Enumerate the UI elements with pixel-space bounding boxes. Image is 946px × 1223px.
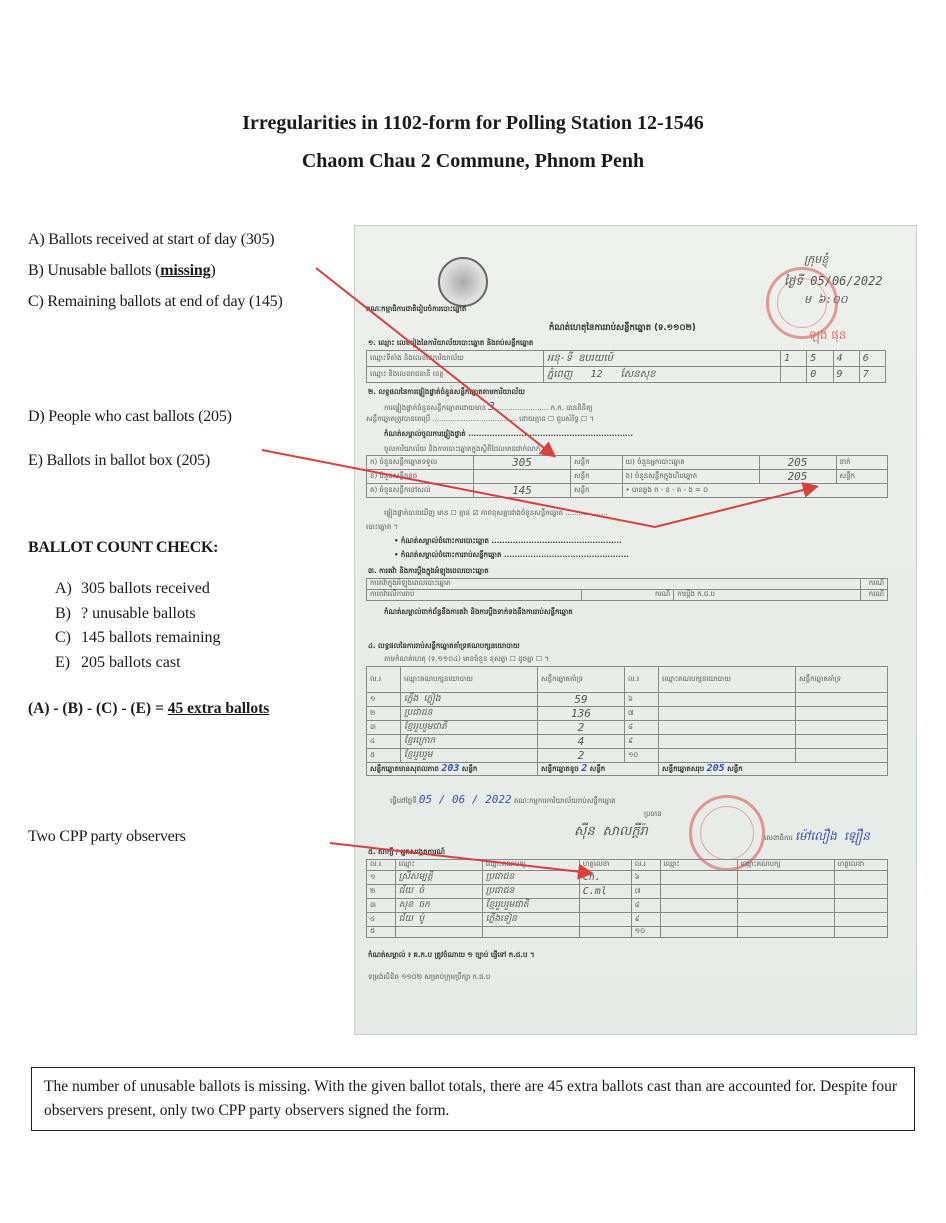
page-subtitle: Chaom Chau 2 Commune, Phnom Penh: [0, 150, 946, 173]
station-id-table: ឈ្មោះទីតាំង និងលេខនៃការិយាល័យ អនុ-ទី ឧបរ…: [366, 350, 886, 383]
form-line: បោះឆ្នោត ។: [366, 523, 398, 533]
scanned-1102-form: ក្រុមខ្ញុំ ថ្ងៃទី 05/06/2022 ម ៦:០០ ឡុង …: [354, 225, 917, 1035]
form-line: កំណត់សម្គាល់ពាក់ព័ន្ធនឹងការតវ៉ា និងការប្…: [384, 608, 573, 618]
form-heading: កំណត់ហេតុនៃការរាប់សន្លឹកឆ្នោត (ទ.១១០២): [549, 323, 696, 335]
label-cpp-observers: Two CPP party observers: [28, 828, 186, 846]
form-footnote: ទម្រង់លិខិត ១១០២ សម្រាប់ក្រុមប្រឹក្សា ក.…: [368, 973, 490, 983]
check-item: C)145 ballots remaining: [55, 629, 221, 654]
page-title: Irregularities in 1102-form for Polling …: [0, 112, 946, 135]
label-b-missing: missing: [160, 262, 210, 279]
label-d-people-cast: D) People who cast ballots (205): [28, 408, 232, 426]
form-section-5: ៥. សាក្សី / អ្នកសង្កេតការណ៍: [368, 848, 445, 858]
handwritten-note: ក្រុមខ្ញុំ: [804, 253, 828, 269]
summary-note: The number of unusable ballots is missin…: [31, 1067, 915, 1131]
ballot-formula: (A) - (B) - (C) - (E) = 45 extra ballots: [28, 700, 269, 718]
stamp-text: ឡុង ផុន: [809, 327, 847, 345]
form-line: កំណត់សម្គាល់ចូលការផ្ទៀងផ្ទាត់ ..........…: [384, 430, 633, 440]
ballot-count-list: A)305 ballots received B)? unusable ball…: [55, 580, 221, 678]
form-line: ផ្ទៀងផ្ទាត់បានឃើញ មាន ☐ គ្មាន ☑ ភាពខុសគ្…: [384, 509, 608, 519]
label-e-ballots-in-box: E) Ballots in ballot box (205): [28, 452, 210, 470]
label-b-suffix: ): [210, 262, 215, 279]
form-line: ការផ្ទៀងផ្ទាត់ចំនួនសន្លឹកឆ្នោតដោយមាន 3 .…: [384, 400, 593, 414]
check-item: A)305 ballots received: [55, 580, 221, 605]
form-date-line: ធ្វើនៅថ្ងៃទី 05 / 06 / 2022 គណៈកម្មការកា…: [390, 793, 616, 807]
form-chair-label: ប្រធាន: [644, 810, 662, 820]
form-line: • កំណត់សម្គាល់ចំពោះការរាប់សន្លឹកឆ្នោត ..…: [394, 551, 629, 561]
ballot-count-check-heading: BALLOT COUNT CHECK:: [28, 539, 218, 557]
label-b-prefix: B) Unusable ballots (: [28, 262, 160, 279]
chair-signature: ស៊ីន សាលក្តីរ៉ា: [574, 823, 648, 842]
form-line: តាមកំណត់ហេតុ (ទ.១១០៤) មានចំនួន ខុសគ្នា ☐…: [384, 655, 549, 665]
formula-result: 45 extra ballots: [168, 700, 270, 717]
form-line: • កំណត់សម្គាល់ចំពោះការបោះឆ្នោត .........…: [394, 537, 622, 547]
form-section-2: ២. លទ្ធផលនៃការផ្ទៀងផ្ទាត់ចំនួនសន្លឹកឆ្នោ…: [368, 388, 525, 398]
form-section-1: ១. ឈ្មោះ លេខរៀងនៃការិយាល័យបោះឆ្នោត និងរា…: [368, 339, 533, 349]
handwritten-date-note: ថ្ងៃទី 05/06/2022: [784, 273, 883, 291]
form-line: ចូលការិយាល័យ និងការបោះឆ្នោតក្នុងស្ថិតិដែ…: [384, 445, 547, 455]
form-secretary-label: លេខាធិការ ម៉ៅលឿង ឡឿន: [764, 828, 870, 846]
check-item: B)? unusable ballots: [55, 605, 221, 630]
check-item: E)205 ballots cast: [55, 654, 221, 679]
party-results-table: ល.រឈ្មោះគណបក្សនយោបាយសន្លឹកឆ្នោតគាំទ្រ ល.…: [366, 666, 888, 776]
label-b-unusable-ballots: B) Unusable ballots (missing): [28, 262, 216, 280]
label-a-ballots-received: A) Ballots received at start of day (305…: [28, 231, 274, 249]
form-footnote: កំណត់សម្គាល់ ៖ គ.ក.ប ត្រូវចំណាយ ១ ច្បាប់…: [368, 951, 534, 961]
form-org: គណៈកម្មាធិការជាតិរៀបចំការបោះឆ្នោត: [366, 305, 466, 315]
complaints-table: ការតវ៉ាក្នុងអំឡុងពេលបោះឆ្នោតករណី ការតវ៉ា…: [366, 578, 888, 601]
label-c-remaining-ballots: C) Remaining ballots at end of day (145): [28, 293, 283, 311]
form-line: សន្លឹកឆ្នោតត្រូវបានគេប្រើ ..............…: [366, 415, 594, 425]
form-section-4: ៤. លទ្ធផលនៃការរាប់សន្លឹកឆ្នោតគាំទ្រគណបក្…: [368, 642, 520, 652]
ballot-count-table: ក) ចំនួនសន្លឹកឆ្នោតទទួល 305 សន្លឹក ឃ) ចំ…: [366, 455, 888, 498]
handwritten-time: ម ៦:០០: [804, 293, 848, 309]
emblem-icon: [438, 257, 488, 307]
form-section-3: ៣. ការតវ៉ា និងការប្ដឹងក្នុងអំឡុងពេលបោះឆ្…: [368, 567, 489, 577]
observers-table: ល.រឈ្មោះឈ្មោះគណបក្សហត្ថលេខាល.រឈ្មោះឈ្មោះ…: [366, 859, 888, 938]
